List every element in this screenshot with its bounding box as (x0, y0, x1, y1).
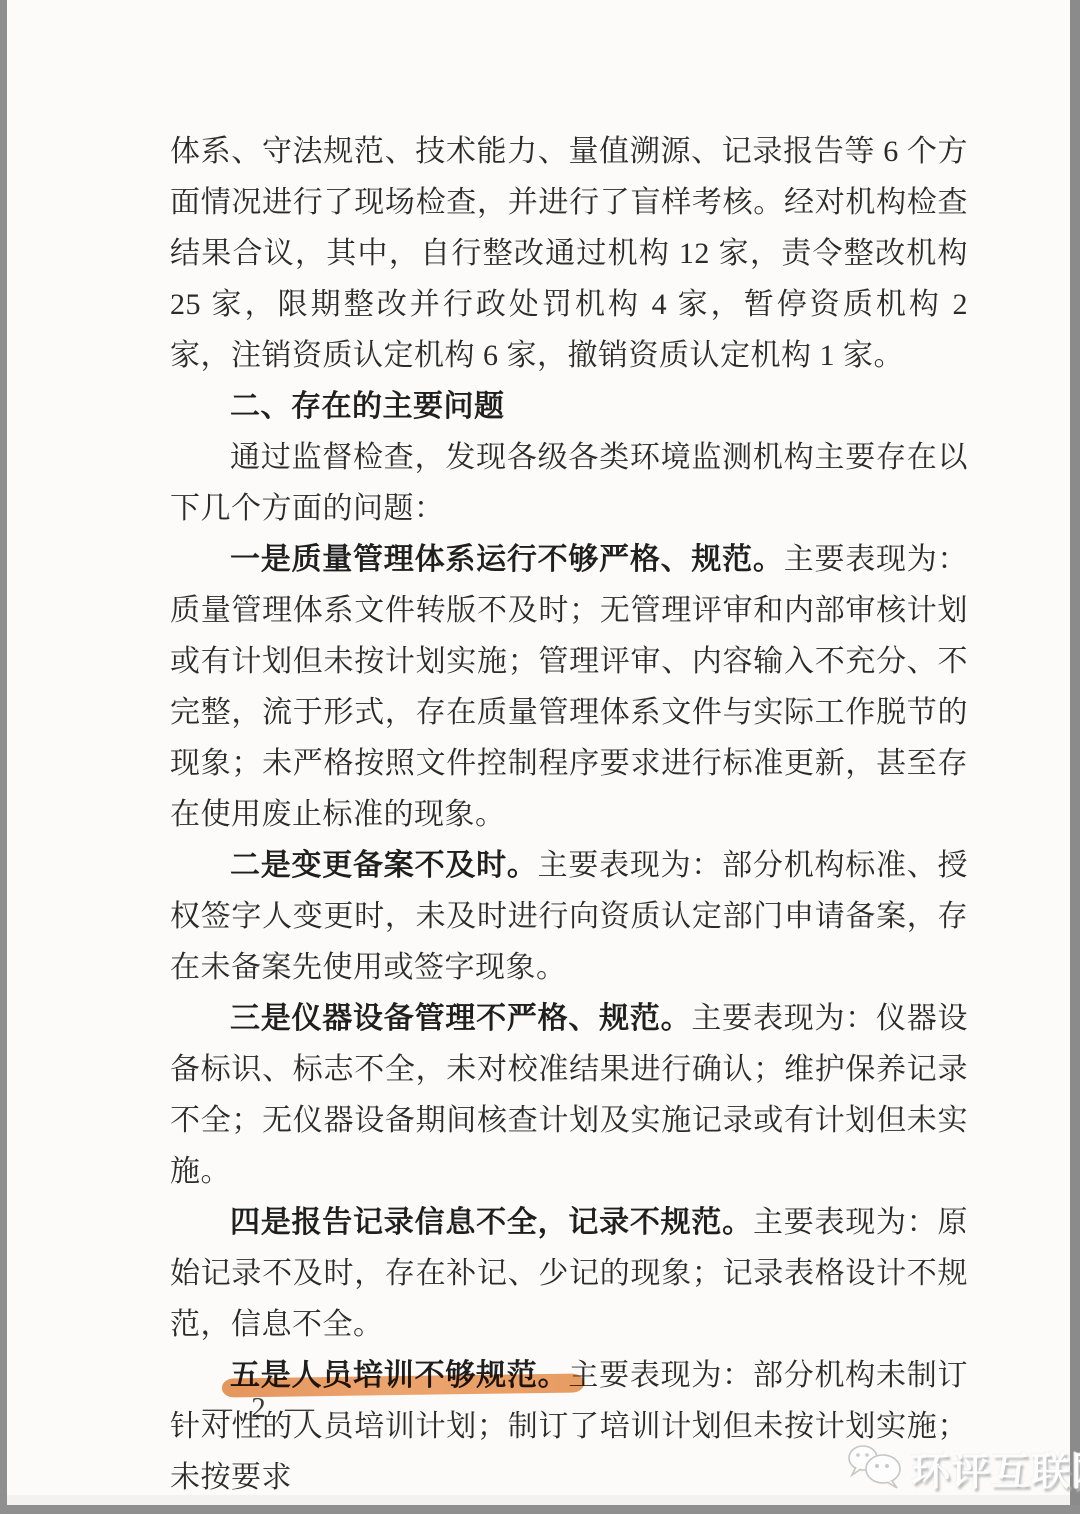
bold-lead-text: 三是仪器设备管理不严格、规范。 (230, 1002, 691, 1035)
body-text: 主要表现为：质量管理体系文件转版不及时；无管理评审和内部审核计划或有计划但未按计… (170, 543, 968, 831)
bold-lead-text: 一是质量管理体系运行不够严格、规范。 (230, 543, 784, 576)
watermark: 环评互联网 (846, 1440, 1080, 1497)
bold-lead-text: 四是报告记录信息不全，记录不规范。 (230, 1206, 753, 1239)
bold-lead-text: 二是变更备案不及时。 (230, 849, 538, 882)
bold-lead-text: 二、存在的主要问题 (230, 390, 505, 423)
scanned-document-page: { "document": { "paragraphs": [ { "style… (0, 0, 1080, 1514)
paragraph: 一是质量管理体系运行不够严格、规范。主要表现为：质量管理体系文件转版不及时；无管… (170, 534, 968, 840)
paragraph: 四是报告记录信息不全，记录不规范。主要表现为：原始记录不及时，存在补记、少记的现… (170, 1197, 968, 1350)
section-heading: 二、存在的主要问题 (170, 381, 968, 432)
scan-edge-bottom (0, 1505, 1080, 1514)
body-text: 通过监督检查，发现各级各类环境监测机构主要存在以下几个方面的问题： (170, 441, 968, 525)
watermark-label: 环评互联网 (911, 1441, 1080, 1497)
paragraph: 二是变更备案不及时。主要表现为：部分机构标准、授权签字人变更时，未及时进行向资质… (170, 840, 968, 993)
bold-lead-text: 五是人员培训不够规范。 (230, 1359, 568, 1392)
paragraph: 体系、守法规范、技术能力、量值溯源、记录报告等 6 个方面情况进行了现场检查，并… (170, 126, 968, 381)
paragraph: 三是仪器设备管理不严格、规范。主要表现为：仪器设备标识、标志不全，未对校准结果进… (170, 993, 968, 1197)
paragraph: 通过监督检查，发现各级各类环境监测机构主要存在以下几个方面的问题： (170, 432, 968, 534)
wechat-icon (846, 1440, 906, 1497)
page-number: — 2 — (203, 1392, 320, 1425)
document-body: 体系、守法规范、技术能力、量值溯源、记录报告等 6 个方面情况进行了现场检查，并… (0, 0, 1080, 1503)
body-text: 体系、守法规范、技术能力、量值溯源、记录报告等 6 个方面情况进行了现场检查，并… (170, 135, 968, 372)
